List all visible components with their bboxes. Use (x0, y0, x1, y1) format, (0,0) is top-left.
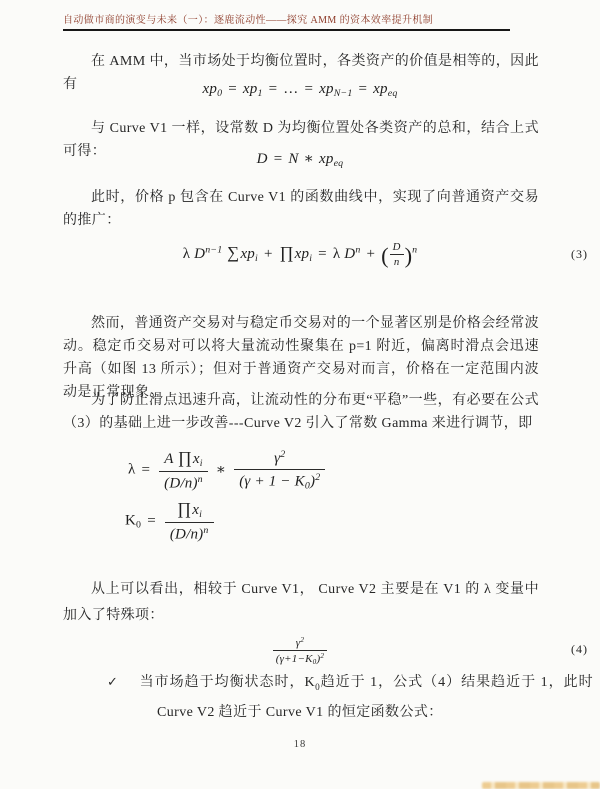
math-term: (D/n) (164, 475, 198, 491)
math-op: ∗ (216, 462, 226, 478)
math-sub: eq (334, 158, 344, 169)
math-sup: 2 (300, 636, 304, 644)
math-op: = (147, 513, 156, 529)
product-operator: ∏ (177, 499, 191, 518)
math-term: D (257, 151, 268, 167)
watermark-fragment (482, 782, 600, 789)
math-term: xp (373, 81, 388, 97)
math-op: = (304, 81, 313, 97)
math-term: xp (243, 81, 258, 97)
math-sub: i (255, 253, 258, 264)
equation-equilibrium-prices: xp0=xp1=…=xpN−1=xpeq (63, 81, 537, 99)
math-term: D (194, 246, 205, 262)
math-sup: n−1 (205, 245, 222, 256)
math-op: + (264, 246, 273, 262)
math-term: (D/n) (170, 526, 204, 542)
math-term: N (288, 151, 298, 167)
math-op: = (359, 81, 368, 97)
math-sup: 2 (320, 652, 324, 660)
paren-open: ( (381, 243, 389, 268)
product-operator: ∏ (178, 448, 192, 467)
math-sub: i (200, 458, 203, 469)
header-divider (63, 29, 510, 31)
math-term: D (393, 241, 401, 253)
math-term: xp (203, 81, 218, 97)
math-sub: 0 (217, 88, 222, 99)
math-lambda: λ (333, 246, 340, 262)
bullet-item-equilibrium: ✓当市场趋于均衡状态时，K0趋近于 1，公式（4）结果趋近于 1，此时 Curv… (107, 670, 593, 725)
math-sup: n (198, 474, 203, 485)
math-lambda: λ (183, 246, 190, 262)
equation-d-definition: D=N∗xpeq (63, 149, 537, 169)
math-sub: 0 (136, 520, 141, 531)
math-term: x (193, 451, 200, 467)
equation-label-4: (4) (571, 642, 588, 657)
math-lambda: λ (128, 462, 135, 478)
checkmark-icon: ✓ (107, 670, 139, 695)
math-term: D (344, 246, 355, 262)
math-ellipsis: … (283, 81, 298, 97)
math-term: n (394, 256, 400, 268)
math-sup: n (355, 245, 360, 256)
math-sub: i (309, 253, 312, 264)
math-op: = (141, 462, 150, 478)
math-term: A (164, 451, 173, 467)
math-sup: n (412, 245, 417, 256)
equation-k0-definition: K0=∏xi(D/n)n (125, 499, 217, 543)
math-term: xp (319, 81, 334, 97)
math-sup: 2 (280, 449, 285, 460)
bullet-text: 当市场趋于均衡状态时，K0趋近于 1，公式（4）结果趋近于 1，此时 Curve… (139, 675, 593, 720)
equation-special-term: γ2(γ+1−K0)2 (63, 636, 537, 666)
math-op: = (318, 246, 327, 262)
math-sub: i (199, 509, 202, 520)
math-term: xp (319, 151, 334, 167)
math-op: + (366, 246, 375, 262)
page-number: 18 (0, 739, 600, 750)
math-op: ∗ (304, 151, 314, 167)
equation-label-3: (3) (571, 247, 588, 262)
document-page: 自动做市商的演变与未来（一）：逐鹿流动性——探究 AMM 的资本效率提升机制 在… (0, 0, 600, 789)
math-term: (γ + 1 − K (239, 474, 305, 490)
equation-curve-v1-invariant: λ Dn−1 ∑xpi+∏xpi=λ Dn+(Dn)n (63, 241, 537, 269)
math-sub: N−1 (334, 88, 353, 99)
math-sup: 2 (315, 472, 320, 483)
math-term: K (125, 513, 136, 529)
math-term: xp (295, 246, 310, 262)
product-operator: ∏ (280, 243, 294, 262)
math-op: = (274, 151, 283, 167)
paragraph-gamma-intro: 为了防止滑点迅速升高，让流动性的分布更“平稳”一些，有必要在公式（3）的基础上进… (63, 389, 539, 435)
math-op: = (269, 81, 278, 97)
math-sub: eq (388, 88, 398, 99)
math-term: (γ+1−K (276, 653, 313, 665)
paragraph-price-curve: 此时，价格 p 包含在 Curve V1 的函数曲线中，实现了向普通资产交易的推… (63, 186, 539, 232)
math-term: xp (240, 246, 255, 262)
running-header-title: 自动做市商的演变与未来（一）：逐鹿流动性——探究 AMM 的资本效率提升机制 (63, 11, 543, 26)
sum-operator: ∑ (227, 243, 239, 262)
equation-lambda-definition: λ=A ∏xi(D/n)n∗γ2(γ + 1 − K0)2 (128, 448, 328, 492)
math-sub: 1 (257, 88, 262, 99)
math-sup: n (203, 525, 208, 536)
math-op: = (228, 81, 237, 97)
paragraph-v2-comparison: 从上可以看出，相较于 Curve V1， Curve V2 主要是在 V1 的 … (63, 577, 539, 629)
